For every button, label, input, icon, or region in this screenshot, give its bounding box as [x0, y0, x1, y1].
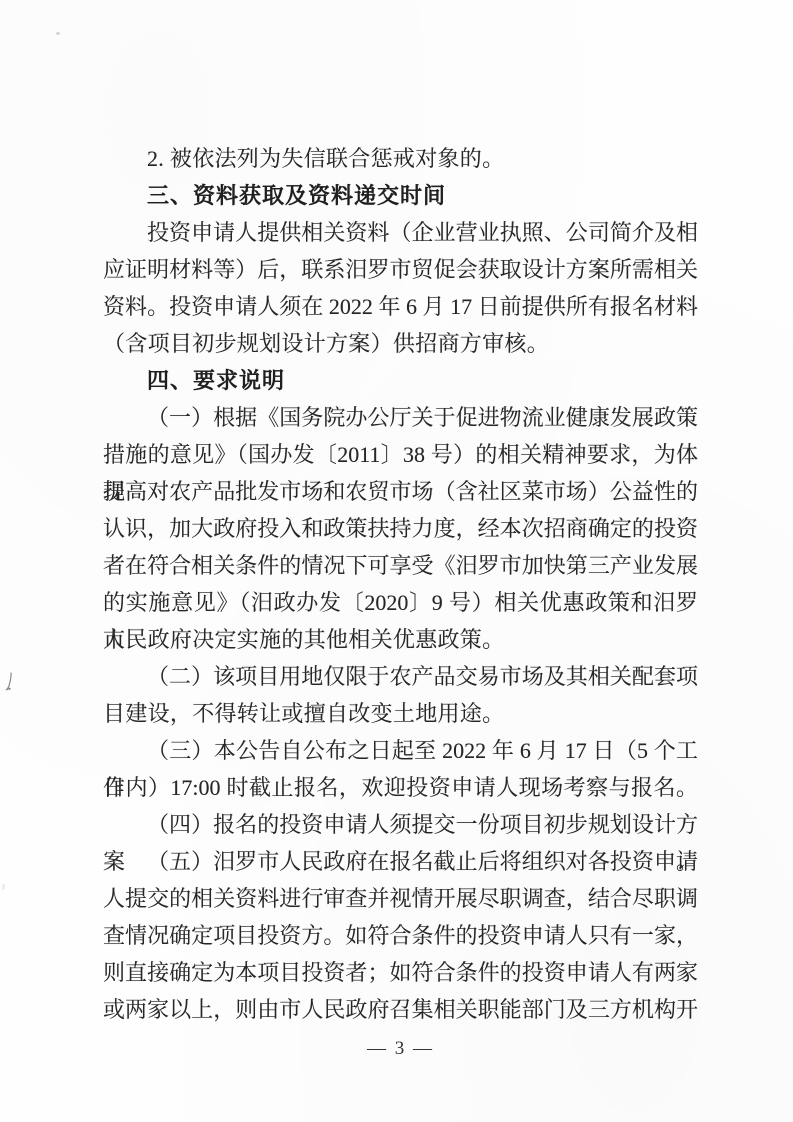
body-line: （五）汨罗市人民政府在报名截止后将组织对各投资申请: [103, 843, 698, 880]
ink-smudge-icon: [4, 672, 16, 694]
body-line: 日内）17:00 时截止报名，欢迎投资申请人现场考察与报名。: [103, 769, 698, 806]
body-line: 查情况确定项目投资方。如符合条件的投资申请人只有一家，: [103, 917, 698, 954]
body-line: （三）本公告自公布之日起至 2022 年 6 月 17 日（5 个工作: [103, 732, 698, 769]
body-line: 者在符合相关条件的情况下可享受《汨罗市加快第三产业发展: [103, 547, 698, 584]
section-heading: 三、资料获取及资料递交时间: [103, 177, 698, 214]
body-line: 资料。投资申请人须在 2022 年 6 月 17 日前提供所有报名材料: [103, 288, 698, 325]
body-line: （含项目初步规划设计方案）供招商方审核。: [103, 325, 698, 362]
page-number: — 3 —: [103, 1038, 698, 1060]
body-line: 的实施意见》（汨政办发〔2020〕9 号）相关优惠政策和汨罗市: [103, 584, 698, 621]
body-line: 应证明材料等）后，联系汨罗市贸促会获取设计方案所需相关: [103, 251, 698, 288]
body-line: 则直接确定为本项目投资者；如符合条件的投资申请人有两家: [103, 954, 698, 991]
body-line: 或两家以上，则由市人民政府召集相关职能部门及三方机构开: [103, 991, 698, 1028]
body-line: 2. 被依法列为失信联合惩戒对象的。: [103, 140, 698, 177]
body-line: 目建设，不得转让或擅自改变土地用途。: [103, 695, 698, 732]
body-line: 人提交的相关资料进行审查并视情开展尽职调查，结合尽职调: [103, 880, 698, 917]
body-line: 措施的意见》（国办发〔2011〕38 号）的相关精神要求，为体现: [103, 436, 698, 473]
body-line: （四）报名的投资申请人须提交一份项目初步规划设计方案。: [103, 806, 698, 843]
section-heading: 四、要求说明: [103, 362, 698, 399]
body-line: 投资申请人提供相关资料（企业营业执照、公司简介及相: [103, 214, 698, 251]
body-line: 提高对农产品批发市场和农贸市场（含社区菜市场）公益性的: [103, 473, 698, 510]
body-line: 人民政府决定实施的其他相关优惠政策。: [103, 621, 698, 658]
body-line: （一）根据《国务院办公厅关于促进物流业健康发展政策: [103, 399, 698, 436]
document-page: 2. 被依法列为失信联合惩戒对象的。 三、资料获取及资料递交时间 投资申请人提供…: [0, 0, 793, 1122]
scan-speck: [2, 884, 5, 890]
body-line: 认识，加大政府投入和政策扶持力度，经本次招商确定的投资: [103, 510, 698, 547]
body-line: （二）该项目用地仅限于农产品交易市场及其相关配套项: [103, 658, 698, 695]
scan-speck: [56, 32, 60, 35]
document-body: 2. 被依法列为失信联合惩戒对象的。 三、资料获取及资料递交时间 投资申请人提供…: [103, 140, 698, 1028]
